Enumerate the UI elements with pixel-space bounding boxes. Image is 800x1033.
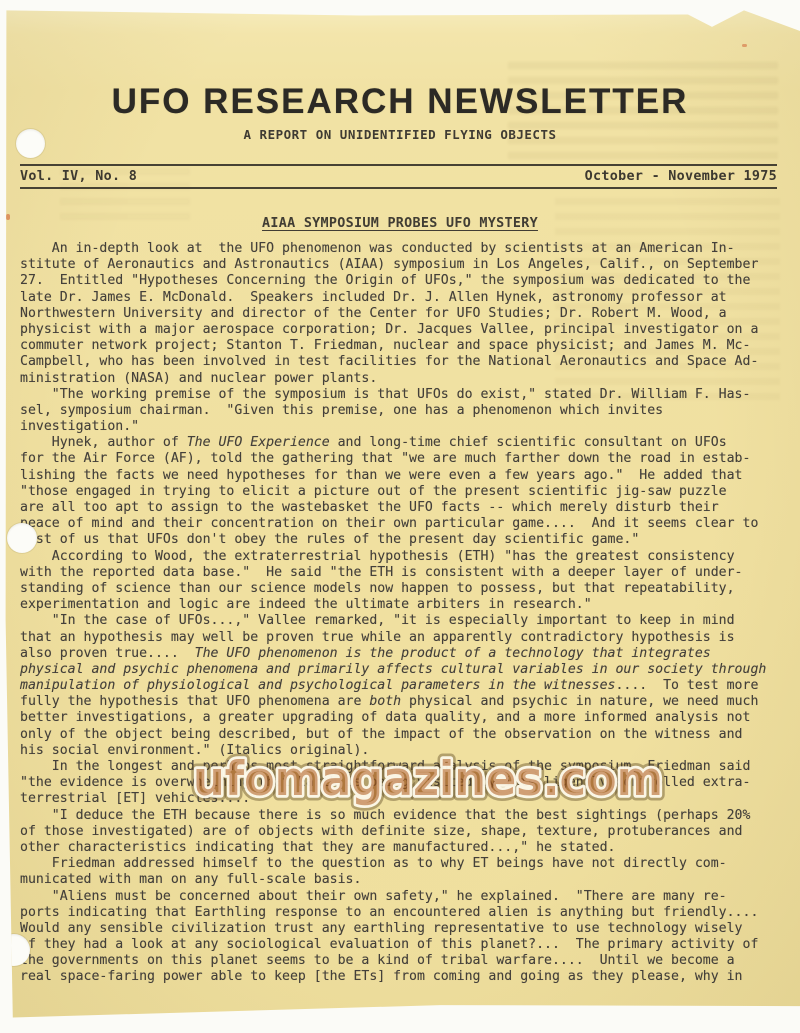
article-line: physicist with a major aerospace corpora… bbox=[20, 322, 780, 338]
newsletter-page: UFO RESEARCH NEWSLETTER A REPORT ON UNID… bbox=[0, 0, 800, 1033]
article-line: physical and psychic phenomena and prima… bbox=[20, 662, 780, 678]
article-text: the governments on this planet seems to … bbox=[20, 953, 735, 968]
article-line: "The working premise of the symposium is… bbox=[20, 387, 780, 403]
scan-speck bbox=[6, 214, 10, 220]
article-text: "In the case of UFOs...," Vallee remarke… bbox=[20, 613, 735, 628]
article-text: his social environment." (Italics origin… bbox=[20, 743, 369, 758]
article-line: only of the object being described, but … bbox=[20, 727, 780, 743]
newsletter-title: UFO RESEARCH NEWSLETTER bbox=[0, 82, 800, 122]
article-text: An in-depth look at the UFO phenomenon w… bbox=[20, 241, 735, 256]
article-text: investigation." bbox=[20, 419, 139, 434]
article-line: investigation." bbox=[20, 419, 780, 435]
article-line: better investigations, a greater upgradi… bbox=[20, 710, 780, 726]
article-text: "The working premise of the symposium is… bbox=[20, 387, 750, 402]
article-line: the governments on this planet seems to … bbox=[20, 953, 780, 969]
article-line: are all too apt to assign to the wasteba… bbox=[20, 500, 780, 516]
article-text: municated with man on any full-scale bas… bbox=[20, 872, 361, 887]
article-line: Friedman addressed himself to the questi… bbox=[20, 856, 780, 872]
article-line: also proven true.... The UFO phenomenon … bbox=[20, 646, 780, 662]
article-line: Would any sensible civilization trust an… bbox=[20, 921, 780, 937]
article-line: "In the case of UFOs...," Vallee remarke… bbox=[20, 613, 780, 629]
article-line: "Aliens must be concerned about their ow… bbox=[20, 889, 780, 905]
article-line: standing of science than our science mod… bbox=[20, 581, 780, 597]
article-line: "I deduce the ETH because there is so mu… bbox=[20, 808, 780, 824]
article-line: experimentation and logic are indeed the… bbox=[20, 597, 780, 613]
article-line: most of us that UFOs don't obey the rule… bbox=[20, 532, 780, 548]
article-text: "those engaged in trying to elicit a pic… bbox=[20, 484, 727, 499]
article-line: for the Air Force (AF), told the gatheri… bbox=[20, 451, 780, 467]
article-text: with the reported data base." He said "t… bbox=[20, 565, 743, 580]
article-text: Friedman addressed himself to the questi… bbox=[20, 856, 727, 871]
article-text: Hynek, author of bbox=[20, 435, 187, 450]
article-text: "the evidence is overwhelming that Earth… bbox=[20, 775, 750, 790]
article-text: of those investigated) are of objects wi… bbox=[20, 824, 743, 839]
article-line: if they had a look at any sociological e… bbox=[20, 937, 780, 953]
scan-speck bbox=[742, 44, 747, 47]
article-line: Northwestern University and director of … bbox=[20, 306, 780, 322]
article-text-italic: physical and psychic phenomena and prima… bbox=[20, 662, 766, 677]
article-line: "the evidence is overwhelming that Earth… bbox=[20, 775, 780, 791]
article-text: also proven true.... bbox=[20, 646, 195, 661]
article-text: 27. Entitled "Hypotheses Concerning the … bbox=[20, 273, 750, 288]
article-text-italic: The UFO Experience bbox=[187, 435, 330, 450]
article-line: In the longest and perhaps most straight… bbox=[20, 759, 780, 775]
article-line: that an hypothesis may well be proven tr… bbox=[20, 630, 780, 646]
article-text: In the longest and perhaps most straight… bbox=[20, 759, 750, 774]
article-line: late Dr. James E. McDonald. Speakers inc… bbox=[20, 290, 780, 306]
hole-punch bbox=[16, 129, 45, 158]
article-text: physicist with a major aerospace corpora… bbox=[20, 322, 758, 337]
article-text: real space-faring power able to keep [th… bbox=[20, 969, 743, 984]
article-line: According to Wood, the extraterrestrial … bbox=[20, 549, 780, 565]
article-line: "those engaged in trying to elicit a pic… bbox=[20, 484, 780, 500]
article-text: are all too apt to assign to the wasteba… bbox=[20, 500, 719, 515]
article-line: real space-faring power able to keep [th… bbox=[20, 969, 780, 985]
article-text: "I deduce the ETH because there is so mu… bbox=[20, 808, 750, 823]
article-line: sel, symposium chairman. "Given this pre… bbox=[20, 403, 780, 419]
article-text: for the Air Force (AF), told the gatheri… bbox=[20, 451, 750, 466]
article-text-italic: The UFO phenomenon is the product of a t… bbox=[195, 646, 711, 661]
newsletter-subtitle: A REPORT ON UNIDENTIFIED FLYING OBJECTS bbox=[0, 127, 800, 142]
article-text: if they had a look at any sociological e… bbox=[20, 937, 758, 952]
article-text: physical and psychic in nature, we need … bbox=[401, 694, 758, 709]
article-text: "Aliens must be concerned about their ow… bbox=[20, 889, 727, 904]
article-text: other characteristics indicating that th… bbox=[20, 840, 615, 855]
article-text-italic: both bbox=[369, 694, 401, 709]
article-text: standing of science than our science mod… bbox=[20, 581, 735, 596]
article-line: Campbell, who has been involved in test … bbox=[20, 354, 780, 370]
article-line: manipulation of physiological and psycho… bbox=[20, 678, 780, 694]
article-text: stitute of Aeronautics and Astronautics … bbox=[20, 257, 758, 272]
article-text: fully the hypothesis that UFO phenomena … bbox=[20, 694, 369, 709]
article-text: commuter network project; Stanton T. Fri… bbox=[20, 338, 750, 353]
scan-speck bbox=[31, 2, 39, 8]
article-text: late Dr. James E. McDonald. Speakers inc… bbox=[20, 290, 727, 305]
article-text: most of us that UFOs don't obey the rule… bbox=[20, 532, 639, 547]
article-text: sel, symposium chairman. "Given this pre… bbox=[20, 403, 663, 418]
article-text: According to Wood, the extraterrestrial … bbox=[20, 549, 735, 564]
issue-date: October - November 1975 bbox=[585, 169, 777, 184]
article-headline: AIAA SYMPOSIUM PROBES UFO MYSTERY bbox=[0, 216, 800, 231]
article-text: Northwestern University and director of … bbox=[20, 306, 727, 321]
article-line: stitute of Aeronautics and Astronautics … bbox=[20, 257, 780, 273]
article-text: better investigations, a greater upgradi… bbox=[20, 710, 750, 725]
article-line: ports indicating that Earthling response… bbox=[20, 905, 780, 921]
article-text: Would any sensible civilization trust an… bbox=[20, 921, 743, 936]
article-line: An in-depth look at the UFO phenomenon w… bbox=[20, 241, 780, 257]
article-text: ports indicating that Earthling response… bbox=[20, 905, 758, 920]
article-text: and long-time chief scientific consultan… bbox=[330, 435, 727, 450]
article-body: An in-depth look at the UFO phenomenon w… bbox=[20, 241, 780, 986]
article-line: ministration (NASA) and nuclear power pl… bbox=[20, 371, 780, 387]
article-line: other characteristics indicating that th… bbox=[20, 840, 780, 856]
article-line: peace of mind and their concentration on… bbox=[20, 516, 780, 532]
article-text: peace of mind and their concentration on… bbox=[20, 516, 758, 531]
article-text: .... To test more bbox=[615, 678, 758, 693]
article-line: with the reported data base." He said "t… bbox=[20, 565, 780, 581]
article-line: of those investigated) are of objects wi… bbox=[20, 824, 780, 840]
issue-info-bar: Vol. IV, No. 8 October - November 1975 bbox=[20, 164, 777, 189]
article-line: Hynek, author of The UFO Experience and … bbox=[20, 435, 780, 451]
article-line: fully the hypothesis that UFO phenomena … bbox=[20, 694, 780, 710]
article-line: terrestrial [ET] vehicles.... bbox=[20, 791, 780, 807]
article-line: his social environment." (Italics origin… bbox=[20, 743, 780, 759]
article-text: terrestrial [ET] vehicles.... bbox=[20, 791, 250, 806]
article-line: lishing the facts we need hypotheses for… bbox=[20, 468, 780, 484]
article-line: municated with man on any full-scale bas… bbox=[20, 872, 780, 888]
article-text: ministration (NASA) and nuclear power pl… bbox=[20, 371, 377, 386]
article-text: Campbell, who has been involved in test … bbox=[20, 354, 758, 369]
article-text: experimentation and logic are indeed the… bbox=[20, 597, 592, 612]
article-text: only of the object being described, but … bbox=[20, 727, 743, 742]
article-text: that an hypothesis may well be proven tr… bbox=[20, 630, 735, 645]
article-line: 27. Entitled "Hypotheses Concerning the … bbox=[20, 273, 780, 289]
article-text-italic: manipulation of physiological and psycho… bbox=[20, 678, 615, 693]
article-text: lishing the facts we need hypotheses for… bbox=[20, 468, 743, 483]
hole-punch bbox=[7, 523, 37, 553]
article-line: commuter network project; Stanton T. Fri… bbox=[20, 338, 780, 354]
volume-number: Vol. IV, No. 8 bbox=[20, 169, 137, 184]
